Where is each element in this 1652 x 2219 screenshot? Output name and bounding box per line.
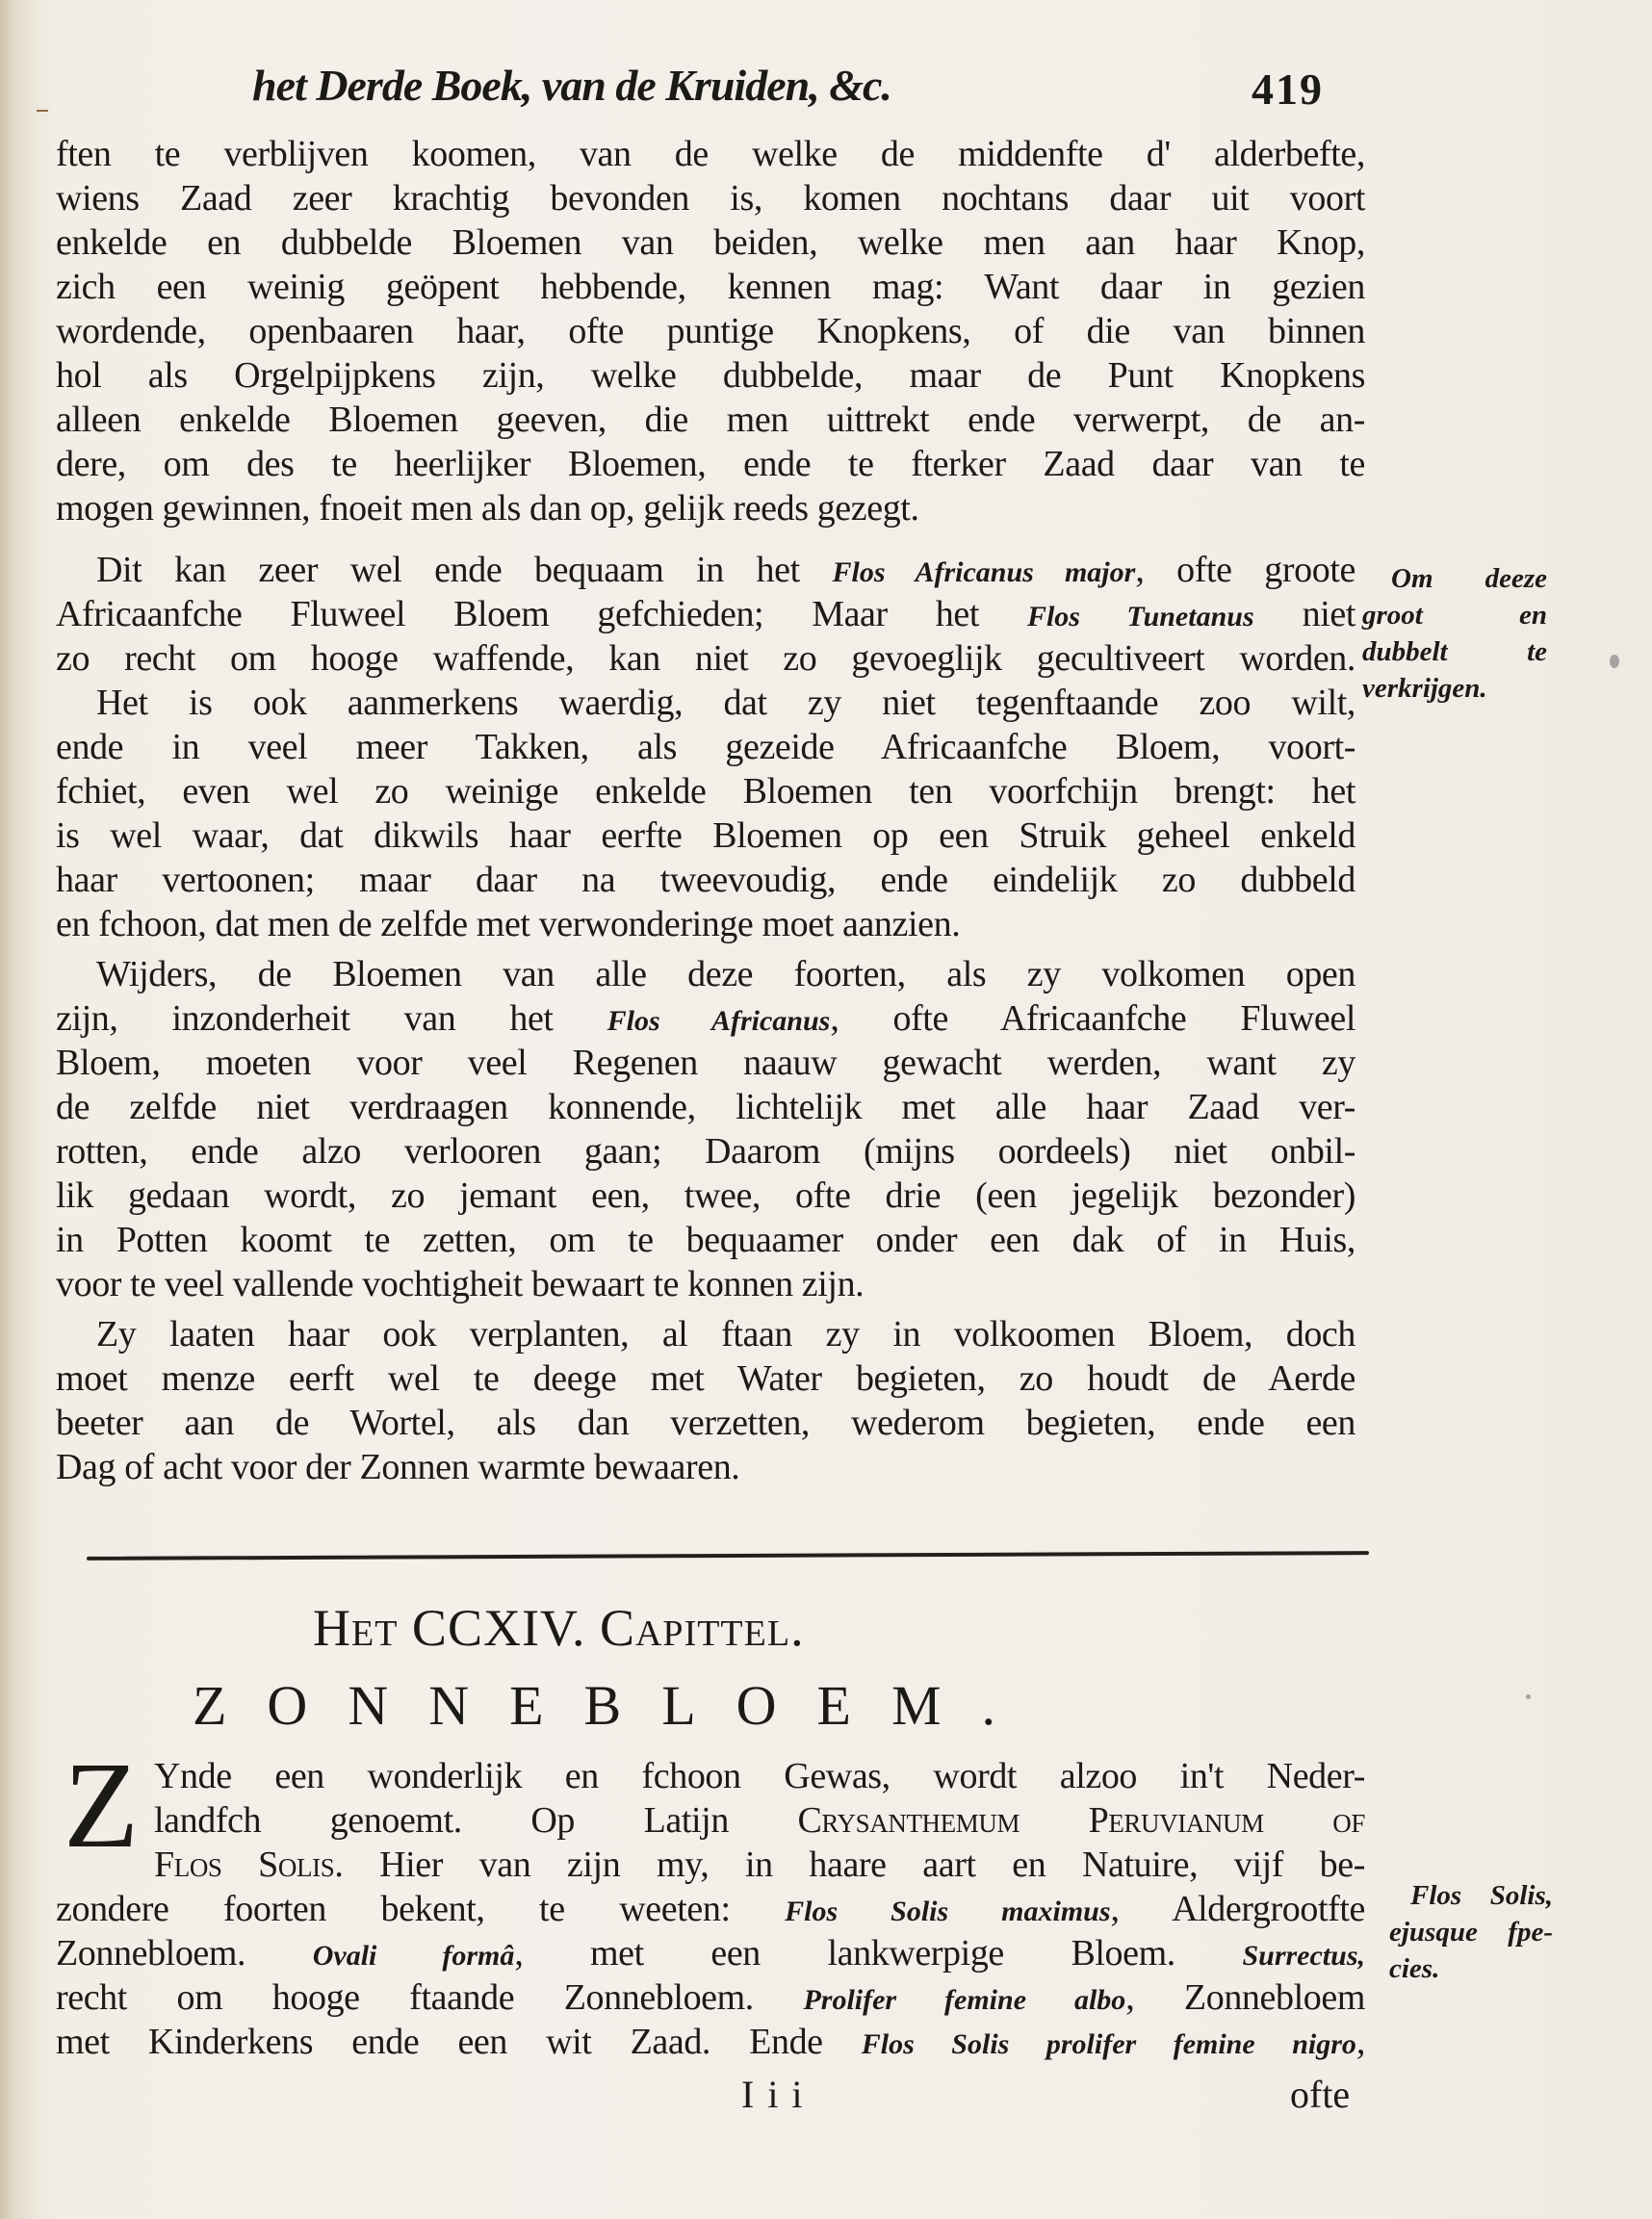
text-line: lik gedaan wordt, zo jemant een, twee, o… xyxy=(56,1174,1355,1218)
chapter-title: ZONNEBLOEM. xyxy=(193,1673,1036,1738)
text-line: recht om hooge ftaande Zonnebloem. Proli… xyxy=(56,1975,1365,2020)
margin-note-om-deeze: Om deeze groot en dubbelt te verkrijgen. xyxy=(1362,560,1547,707)
latin-name: Crysanthemum Peruvianum of xyxy=(797,1800,1365,1841)
latin-term: Flos Solis maximus xyxy=(785,1896,1110,1927)
text-line: Bloem, moeten voor veel Regenen naauw ge… xyxy=(56,1041,1355,1085)
text-line: Ynde een wonderlijk en fchoon Gewas, wor… xyxy=(154,1754,1365,1798)
page-number: 419 xyxy=(1252,64,1324,115)
text-line: Flos Solis. Hier van zijn my, in haare a… xyxy=(56,1843,1365,1887)
text-line: ften te verblijven koomen, van de welke … xyxy=(56,132,1365,176)
section-divider xyxy=(87,1551,1369,1561)
paper-blemish xyxy=(1610,655,1619,668)
text-line: haar vertoonen; maar daar na tweevoudig,… xyxy=(56,858,1355,902)
text-line: en fchoon, dat men de zelfde met verwond… xyxy=(56,902,1355,946)
signature-mark: Iii xyxy=(741,2072,816,2117)
text-line: zich een weinig geöpent hebbende, kennen… xyxy=(56,265,1365,309)
paragraph-continued: ften te verblijven koomen, van de welke … xyxy=(56,132,1365,530)
paragraph-aanmerkens: Het is ook aanmerkens waerdig, dat zy ni… xyxy=(56,681,1355,946)
latin-term: Flos Africanus xyxy=(607,1005,831,1037)
latin-term: Ovali formâ xyxy=(313,1940,515,1972)
text-line: Wijders, de Bloemen van alle deze foorte… xyxy=(56,952,1355,996)
text-line: Africaanfche Fluweel Bloem gefchieden; M… xyxy=(56,592,1355,636)
margin-mark xyxy=(37,110,48,112)
latin-term: Flos Solis prolifer femine nigro xyxy=(862,2028,1356,2060)
text-line: alleen enkelde Bloemen geeven, die men u… xyxy=(56,398,1365,442)
chapter-body: Flos Solis. Hier van zijn my, in haare a… xyxy=(56,1843,1365,2064)
text-line: Zy laaten haar ook verplanten, al ftaan … xyxy=(56,1312,1355,1356)
book-page: het Derde Boek, van de Kruiden, &c. 419 … xyxy=(0,0,1652,2219)
catchword: ofte xyxy=(1290,2072,1350,2117)
text-line: dere, om des te heerlijker Bloemen, ende… xyxy=(56,442,1365,486)
latin-term: Flos Africanus major xyxy=(832,556,1135,588)
text-line: in Potten koomt te zetten, om te bequaam… xyxy=(56,1218,1355,1262)
text-line: Het is ook aanmerkens waerdig, dat zy ni… xyxy=(56,681,1355,725)
text-line: met Kinderkens ende een wit Zaad. Ende F… xyxy=(56,2020,1365,2064)
paragraph-wijders: Wijders, de Bloemen van alle deze foorte… xyxy=(56,952,1355,1306)
text-line: voor te veel vallende vochtigheit bewaar… xyxy=(56,1262,1355,1306)
text-line: moet menze eerft wel te deege met Water … xyxy=(56,1356,1355,1401)
text-line: mogen gewinnen, fnoeit men als dan op, g… xyxy=(56,486,1365,530)
text-line: wordende, openbaaren haar, ofte puntige … xyxy=(56,309,1365,353)
running-head: het Derde Boek, van de Kruiden, &c. xyxy=(252,60,891,111)
latin-name: Flos Solis. xyxy=(154,1845,343,1885)
text-line: Dag of acht voor der Zonnen warmte bewaa… xyxy=(56,1445,1355,1489)
latin-term: Flos Tunetanus xyxy=(1027,601,1254,632)
text-line: wiens Zaad zeer krachtig bevonden is, ko… xyxy=(56,176,1365,220)
text-line: Dit kan zeer wel ende bequaam in het Flo… xyxy=(56,548,1355,592)
text-line: enkelde en dubbelde Bloemen van beiden, … xyxy=(56,220,1365,265)
chapter-number-heading: Het CCXIV. Capittel. xyxy=(313,1598,805,1658)
paragraph-flos-africanus: Dit kan zeer wel ende bequaam in het Flo… xyxy=(56,548,1355,681)
text-line: Zonnebloem. Ovali formâ, met een lankwer… xyxy=(56,1931,1365,1975)
text-line: landfch genoemt. Op Latijn Crysanthemum … xyxy=(154,1798,1365,1843)
margin-note-flos-solis: Flos Solis, ejusque fpe- cies. xyxy=(1389,1877,1553,1987)
text-line: de zelfde niet verdraagen konnende, lich… xyxy=(56,1085,1355,1129)
text-line: ende in veel meer Takken, als gezeide Af… xyxy=(56,725,1355,769)
text-line: hol als Orgelpijpkens zijn, welke dubbel… xyxy=(56,353,1365,398)
chapter-body-first-lines: Ynde een wonderlijk en fchoon Gewas, wor… xyxy=(154,1754,1365,1843)
text-line: zijn, inzonderheit van het Flos Africanu… xyxy=(56,996,1355,1041)
latin-term: Prolifer femine albo xyxy=(803,1984,1125,2016)
text-line: is wel waar, dat dikwils haar eerfte Blo… xyxy=(56,813,1355,858)
paragraph-verplanten: Zy laaten haar ook verplanten, al ftaan … xyxy=(56,1312,1355,1489)
text-line: beeter aan de Wortel, als dan verzetten,… xyxy=(56,1401,1355,1445)
text-line: zo recht om hooge waffende, kan niet zo … xyxy=(56,636,1355,681)
paper-blemish xyxy=(1526,1694,1531,1699)
latin-term: Surrectus, xyxy=(1242,1940,1365,1972)
text-line: zondere foorten bekent, te weeten: Flos … xyxy=(56,1887,1365,1931)
text-line: fchiet, even wel zo weinige enkelde Bloe… xyxy=(56,769,1355,813)
text-line: rotten, ende alzo verlooren gaan; Daarom… xyxy=(56,1129,1355,1174)
